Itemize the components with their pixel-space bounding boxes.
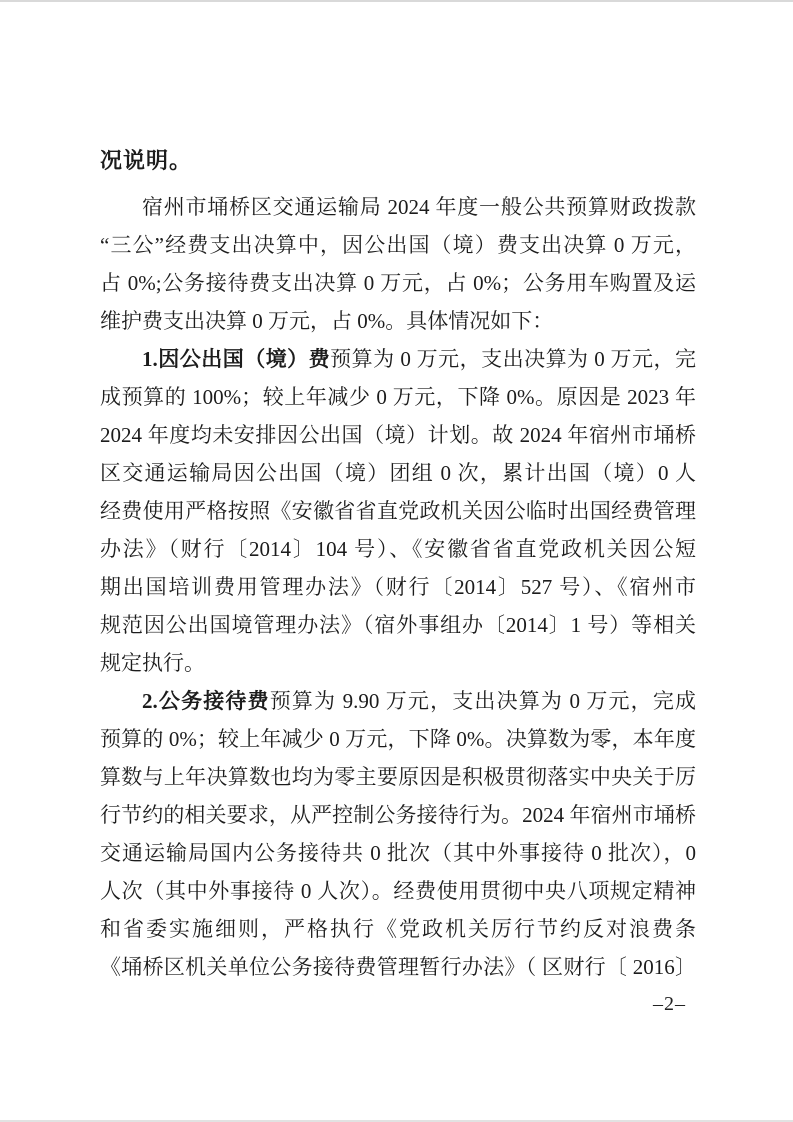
text-line: 行节约的相关要求，从严控制公务接待行为。2024 年宿州市埇桥区: [100, 796, 696, 834]
text-line: 和省委实施细则，严格执行《党政机关厉行节约反对浪费条例》、: [100, 910, 696, 948]
text-line: 预算的 0%；较上年减少 0 万元，下降 0%。决算数为零，本年度决: [100, 720, 696, 758]
section-heading-fragment: 况说明。: [100, 142, 696, 188]
text-line: 人次（其中外事接待 0 人次）。经费使用贯彻中央八项规定精神: [100, 872, 696, 910]
text-run: 预算为 0 万元，支出决算为 0 万元，完: [330, 347, 696, 371]
text-line: 规定执行。: [100, 644, 696, 682]
list-item-number-title: 2.公务接待费: [142, 689, 270, 713]
text-line: 办法》（财行〔2014〕104 号）、《安徽省省直党政机关因公短: [100, 530, 696, 568]
scan-edge-top: [0, 0, 793, 2]
text-line: 维护费支出决算 0 万元，占 0%。具体情况如下：: [100, 302, 696, 340]
text-line: 规范因公出国境管理办法》（宿外事组办〔2014〕1 号）等相关: [100, 606, 696, 644]
text-line: 算数与上年决算数也均为零主要原因是积极贯彻落实中央关于厉: [100, 758, 696, 796]
text-line: 区交通运输局因公出国（境）团组 0 次，累计出国（境）0 人次。: [100, 454, 696, 492]
text-line: 2.公务接待费预算为 9.90 万元，支出决算为 0 万元，完成: [100, 682, 696, 720]
text-line: 期出国培训费用管理办法》（财行〔2014〕527 号）、《宿州市: [100, 568, 696, 606]
text-line: 宿州市埇桥区交通运输局 2024 年度一般公共预算财政拨款: [100, 188, 696, 226]
text-line: “三公”经费支出决算中，因公出国（境）费支出决算 0 万元，: [100, 226, 696, 264]
text-line: 经费使用严格按照《安徽省省直党政机关因公临时出国经费管理: [100, 492, 696, 530]
text-line: 《埇桥区机关单位公务接待费管理暂行办法》（ 区财行〔 2016〕: [100, 948, 696, 986]
text-line: 1.因公出国（境）费预算为 0 万元，支出决算为 0 万元，完: [100, 340, 696, 378]
text-run: 预算为 9.90 万元，支出决算为 0 万元，完成: [270, 689, 696, 713]
document-page: 况说明。 宿州市埇桥区交通运输局 2024 年度一般公共预算财政拨款 “三公”经…: [0, 0, 793, 1122]
document-body: 况说明。 宿州市埇桥区交通运输局 2024 年度一般公共预算财政拨款 “三公”经…: [100, 142, 696, 986]
page-number: –2–: [653, 993, 686, 1016]
text-line: 占 0%;公务接待费支出决算 0 万元，占 0%；公务用车购置及运行: [100, 264, 696, 302]
text-line: 交通运输局国内公务接待共 0 批次（其中外事接待 0 批次），0: [100, 834, 696, 872]
text-line: 成预算的 100%；较上年减少 0 万元，下降 0%。原因是 2023 年度、: [100, 378, 696, 416]
list-item-number-title: 1.因公出国（境）费: [142, 347, 330, 371]
text-line: 2024 年度均未安排因公出国（境）计划。故 2024 年宿州市埇桥: [100, 416, 696, 454]
